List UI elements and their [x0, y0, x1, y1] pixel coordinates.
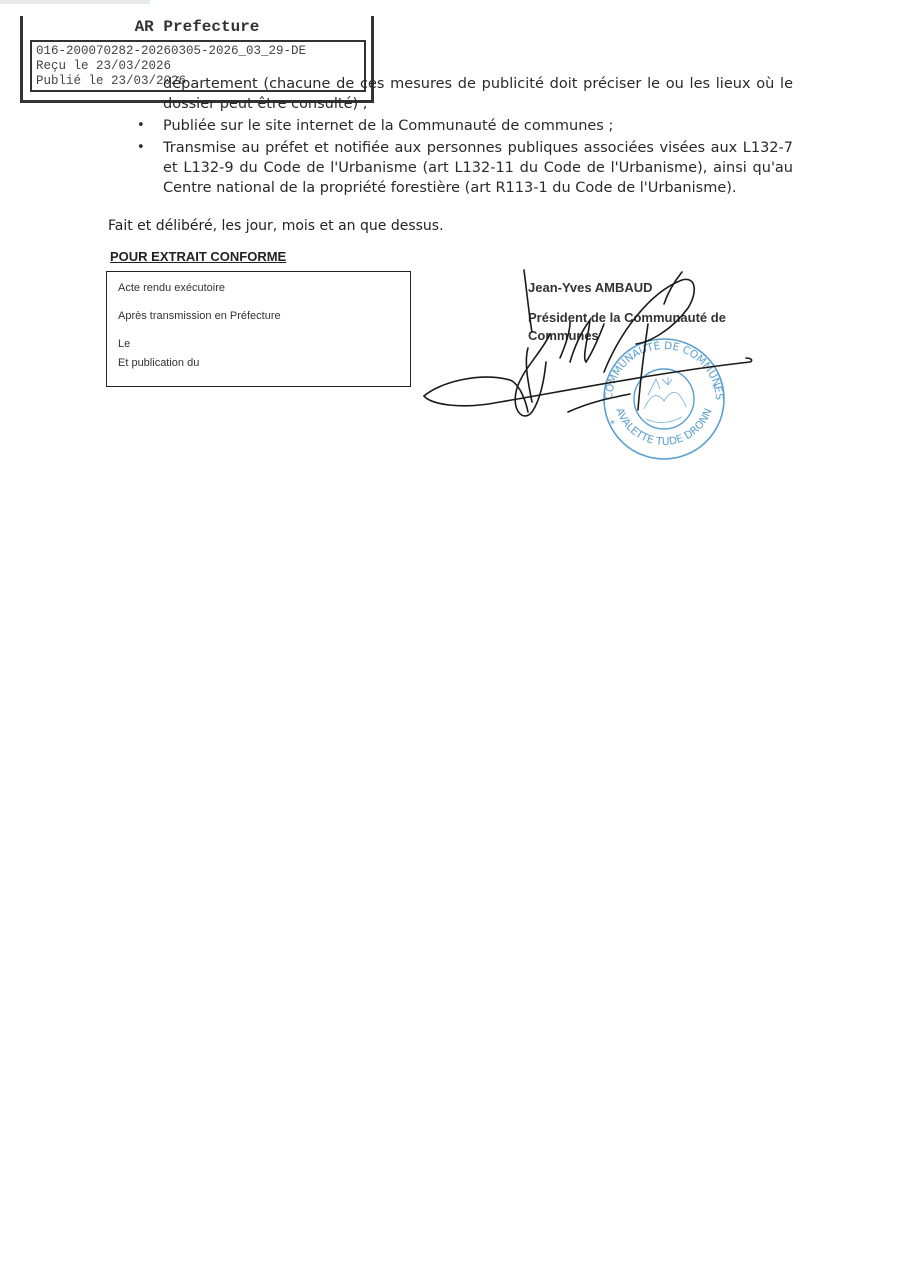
scan-edge — [0, 0, 150, 4]
handwritten-signature — [420, 262, 760, 432]
extract-heading: POUR EXTRAIT CONFORME — [110, 249, 286, 264]
continuation-paragraph: département (chacune de ces mesures de p… — [163, 74, 793, 114]
executory-line: Après transmission en Préfecture — [118, 310, 281, 322]
stamp-received: Reçu le 23/03/2026 — [36, 59, 360, 74]
publication-list: Publiée sur le site internet de la Commu… — [163, 116, 793, 200]
stamp-reference: 016-200070282-20260305-2026_03_29-DE — [36, 44, 360, 59]
continuation-text: département (chacune de ces mesures de p… — [163, 74, 793, 114]
closing-statement: Fait et délibéré, les jour, mois et an q… — [108, 218, 444, 234]
executory-line: Et publication du — [118, 357, 199, 369]
list-item: Transmise au préfet et notifiée aux pers… — [163, 138, 793, 198]
executory-box: Acte rendu exécutoire Après transmission… — [106, 271, 411, 387]
executory-line: Le — [118, 338, 130, 350]
stamp-title: AR Prefecture — [20, 18, 374, 36]
list-item: Publiée sur le site internet de la Commu… — [163, 116, 793, 136]
executory-line: Acte rendu exécutoire — [118, 282, 225, 294]
